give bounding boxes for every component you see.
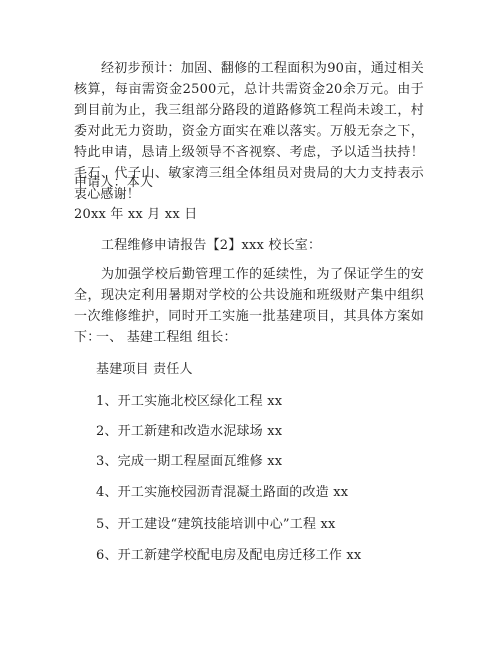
list-item: 2、开工新建和改造水泥球场 xx xyxy=(96,423,282,441)
list-item: 3、完成一期工程屋面瓦维修 xx xyxy=(96,453,282,471)
report-title: 工程维修申请报告【2】xxx 校长室： xyxy=(101,237,321,255)
list-item: 4、开工实施校园沥青混凝土路面的改造 xx xyxy=(96,484,348,502)
section-heading: 一、 基建工程组 组长： xyxy=(96,329,237,347)
list-item: 1、开工实施北校区绿化工程 xx xyxy=(96,393,282,411)
table-header: 基建项目 责任人 xyxy=(96,361,193,379)
date-line: 20xx 年 xx 月 xx 日 xyxy=(74,206,197,224)
applicant-line: 申请人：本人 xyxy=(74,174,153,192)
list-item: 6、开工新建学校配电房及配电房迁移工作 xx xyxy=(96,547,361,565)
list-item: 5、开工建设“建筑技能培训中心”工程 xx xyxy=(96,516,336,534)
